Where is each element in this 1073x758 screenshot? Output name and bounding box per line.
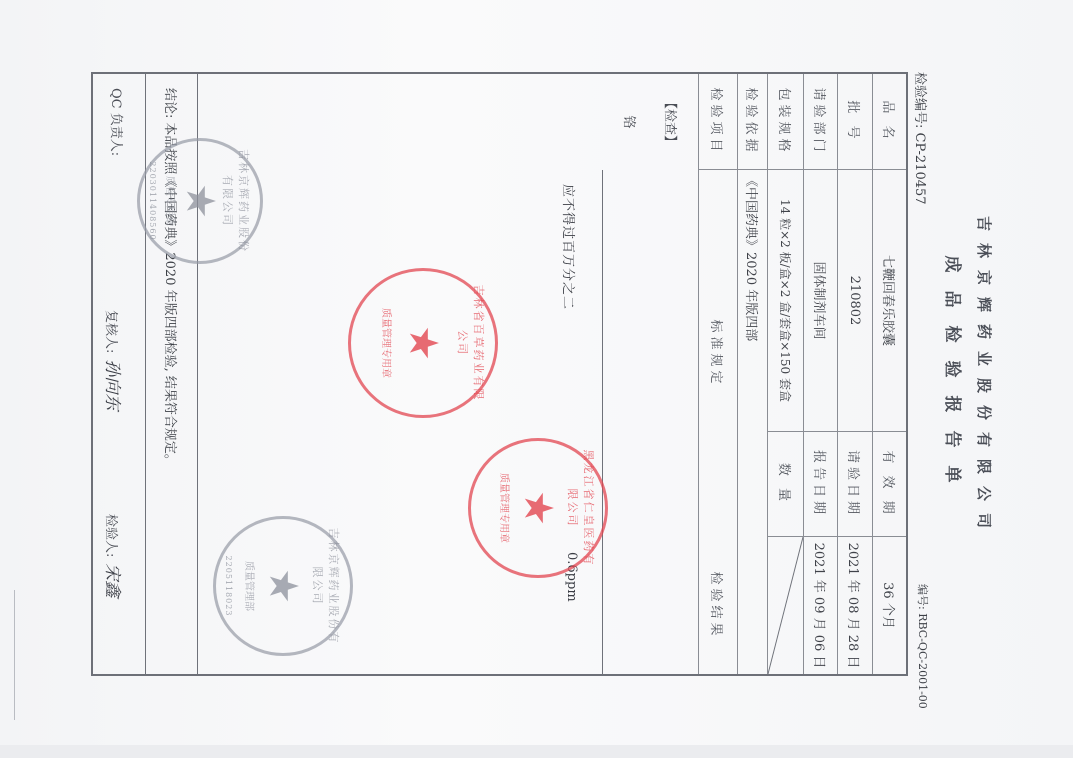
value-request-date: 2021 年 08 月 28 日 bbox=[837, 537, 872, 674]
heilongjiang-stamp-center-text: 质量管理专用章 bbox=[498, 441, 513, 575]
value-inspection-basis: 《中国药典》2020 年版四部 bbox=[737, 170, 767, 674]
form-number: 编号: RBC-QC-2001-00 bbox=[915, 584, 931, 709]
test-item-column: 【检查】 铬 bbox=[603, 74, 699, 170]
standard-chromium: 应不得过百万分之二 bbox=[560, 184, 579, 310]
value-shelf-life: 36 个月 bbox=[872, 537, 906, 674]
header-standard: 标准规定 bbox=[699, 170, 737, 537]
quality-dept-stamp-ring-text: 吉林京辉药业股份有限公司 bbox=[224, 527, 342, 645]
form-number-value: RBC-QC-2001-00 bbox=[916, 613, 929, 709]
header-test-item: 检验项目 bbox=[699, 74, 737, 170]
value-packaging-spec: 14 粒×2 板/盒×2 盒/套盒×150 套盒 bbox=[767, 170, 803, 432]
heilongjiang-company-stamp: 黑龙江省仁皇医药有限公司 ★ 质量管理专用章 bbox=[468, 438, 608, 578]
test-divider-line bbox=[602, 170, 603, 674]
label-requesting-dept: 请验部门 bbox=[803, 74, 837, 170]
inspection-report-page: 吉林京辉药业股份有限公司 成品检验报告单 检验编号: CP-210457 编号:… bbox=[93, 28, 1003, 728]
section-check: 【检查】 bbox=[662, 96, 681, 148]
label-batch-number: 批 号 bbox=[837, 74, 872, 170]
quality-dept-stamp: 吉林京辉药业股份有限公司 ★ 质量管理部 2205118023 bbox=[213, 516, 353, 656]
qc-manager-label: QC 负责人: bbox=[108, 88, 127, 156]
inspection-number-value: CP-210457 bbox=[912, 133, 927, 205]
label-product-name: 品 名 bbox=[872, 74, 906, 170]
value-batch-number: 210802 bbox=[837, 170, 872, 432]
quality-dept-stamp-code: 2205118023 bbox=[224, 519, 233, 653]
qc-seal-center-text: 质检专用章 bbox=[164, 141, 179, 261]
reviewer-label: 复核人: bbox=[103, 310, 122, 353]
empty-cell-diagonal bbox=[768, 537, 803, 674]
qc-seal-stamp: 吉林京辉药业股份有限公司 ★ 质检专用章 2203011408560 bbox=[137, 138, 263, 264]
label-report-date: 报告日期 bbox=[803, 432, 837, 537]
reviewer-signature: 复核人: 孙向东 bbox=[102, 310, 127, 410]
test-item-chromium: 铬 bbox=[621, 115, 640, 128]
jilin-company-stamp: 吉林省百草药业有限公司 ★ 质量管理专用章 bbox=[348, 268, 498, 418]
inspection-number: 检验编号: CP-210457 bbox=[912, 72, 931, 205]
value-quantity bbox=[767, 537, 803, 674]
signature-row: QC 负责人: 复核人: 孙向东 检验人: 宋鑫 bbox=[93, 74, 145, 674]
inspection-number-label: 检验编号: bbox=[912, 72, 927, 128]
label-quantity: 数 量 bbox=[767, 432, 803, 537]
inspector-signature: 检验人: 宋鑫 bbox=[102, 514, 127, 597]
inspector-name: 宋鑫 bbox=[102, 563, 127, 597]
label-request-date: 请验日期 bbox=[837, 432, 872, 537]
label-inspection-basis: 检验依据 bbox=[737, 74, 767, 170]
header-result: 检验结果 bbox=[699, 537, 737, 674]
jilin-stamp-ring-text: 吉林省百草药业有限公司 bbox=[359, 279, 487, 407]
company-name: 吉林京辉药业股份有限公司 bbox=[974, 28, 995, 728]
form-number-label: 编号: bbox=[916, 584, 929, 610]
value-requesting-dept: 固体制剂车间 bbox=[803, 170, 837, 432]
header-divider-line bbox=[698, 74, 699, 674]
scan-edge-mark bbox=[14, 590, 15, 720]
value-product-name: 七鞭回春乐胶囊 bbox=[872, 170, 906, 432]
qc-manager-signature: QC 负责人: bbox=[108, 88, 127, 162]
quality-dept-stamp-center-text: 质量管理部 bbox=[243, 519, 258, 653]
conclusion-label: 结论: bbox=[162, 88, 181, 118]
label-shelf-life: 有 效 期 bbox=[872, 432, 906, 537]
inspector-label: 检验人: bbox=[103, 514, 122, 557]
scan-bottom-edge bbox=[0, 745, 1073, 758]
value-report-date: 2021 年 09 月 06 日 bbox=[803, 537, 837, 674]
jilin-stamp-center-text: 质量管理专用章 bbox=[380, 271, 395, 415]
label-packaging-spec: 包装规格 bbox=[767, 74, 803, 170]
reviewer-name: 孙向东 bbox=[102, 359, 127, 410]
heilongjiang-stamp-ring-text: 黑龙江省仁皇医药有限公司 bbox=[479, 449, 597, 567]
qc-seal-code: 2203011408560 bbox=[148, 141, 157, 261]
report-title: 成品检验报告单 bbox=[942, 28, 967, 728]
